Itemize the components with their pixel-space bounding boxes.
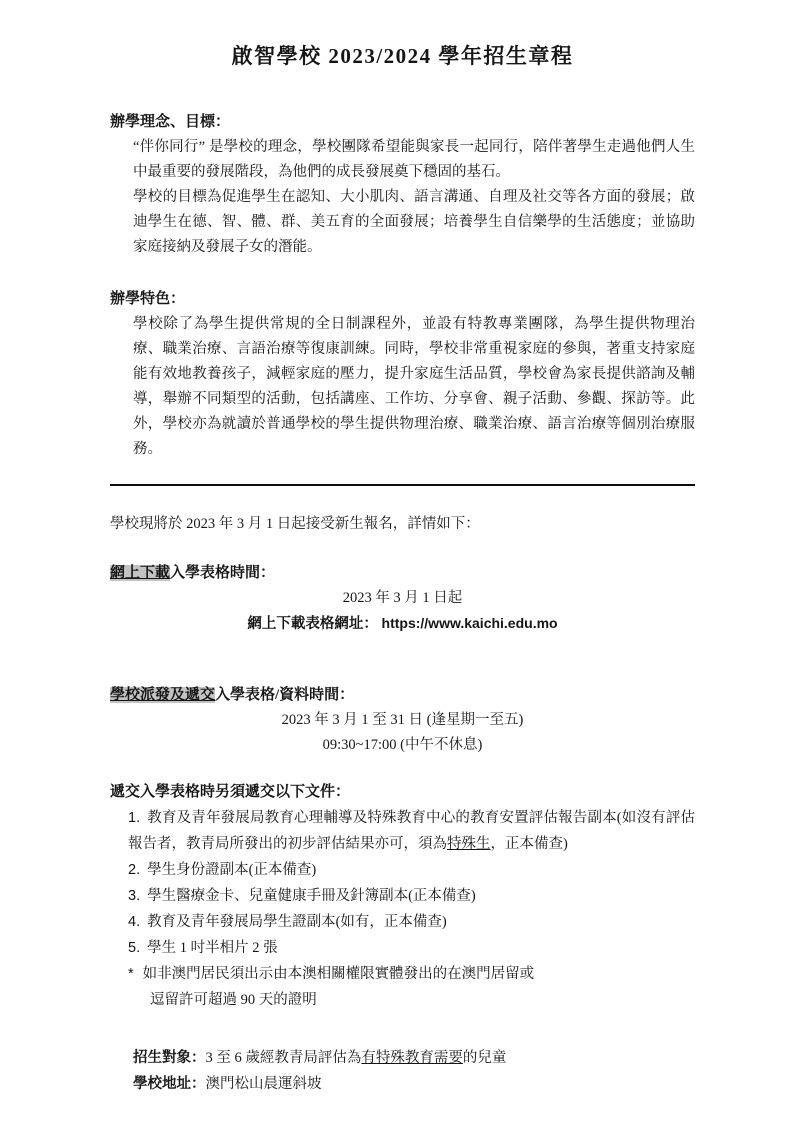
section-heading-documents: 遞交入學表格時另須遞交以下文件： bbox=[110, 780, 695, 805]
note-line-1: *如非澳門居民須出示由本澳相關權限實體發出的在澳門居留或 bbox=[128, 961, 695, 987]
list-item-text: 教育及青年發展局學生證副本(如有，正本備查) bbox=[147, 914, 447, 930]
submission-date-range: 2023 年 3 月 1 至 31 日 (逢星期一至五) bbox=[110, 708, 695, 733]
philosophy-paragraph-1: “伴你同行” 是學校的理念，學校團隊希望能與家長一起同行，陪伴著學生走過他們人生… bbox=[133, 135, 695, 185]
list-item-number: 1. bbox=[128, 810, 140, 826]
list-item: 3.學生醫療金卡、兒童健康手冊及針簿副本(正本備查) bbox=[128, 883, 695, 909]
download-heading-highlight: 網上下載 bbox=[110, 565, 170, 581]
section-heading-features: 辦學特色： bbox=[110, 287, 695, 312]
list-item-underlined-text: 特殊生 bbox=[447, 836, 491, 852]
list-item: 4.教育及青年發展局學生證副本(如有，正本備查) bbox=[128, 909, 695, 935]
submission-time-range: 09:30~17:00 (中午不休息) bbox=[110, 733, 695, 758]
divider-line bbox=[110, 484, 695, 486]
list-item: 2.學生身份證副本(正本備查) bbox=[128, 857, 695, 883]
admission-target-post: 的兒童 bbox=[463, 1050, 507, 1066]
non-resident-note: *如非澳門居民須出示由本澳相關權限實體發出的在澳門居留或 逗留許可超過 90 天… bbox=[128, 961, 695, 1013]
school-address-label: 學校地址： bbox=[133, 1076, 206, 1092]
note-text: 如非澳門居民須出示由本澳相關權限實體發出的在澳門居留或 bbox=[143, 966, 535, 982]
list-item-text: 學生醫療金卡、兒童健康手冊及針簿副本(正本備查) bbox=[147, 888, 476, 904]
section-heading-submission: 學校派發及遞交入學表格/資料時間： bbox=[110, 683, 695, 708]
enrollment-intro: 學校現將於 2023 年 3 月 1 日起接受新生報名，詳情如下： bbox=[110, 512, 695, 537]
admission-target-label: 招生對象： bbox=[133, 1050, 206, 1066]
required-documents-list: 1.教育及青年發展局教育心理輔導及特殊教育中心的教育安置評估報告副本(如沒有評估… bbox=[128, 805, 695, 961]
download-start-date: 2023 年 3 月 1 日起 bbox=[110, 586, 695, 611]
download-url-line: 網上下載表格網址： https://www.kaichi.edu.mo bbox=[110, 611, 695, 637]
features-paragraph: 學校除了為學生提供常規的全日制課程外，並設有特教專業團隊，為學生提供物理治療、職… bbox=[133, 312, 695, 462]
list-item: 1.教育及青年發展局教育心理輔導及特殊教育中心的教育安置評估報告副本(如沒有評估… bbox=[128, 805, 695, 857]
list-item-number: 2. bbox=[128, 862, 140, 878]
admission-target-pre: 3 至 6 歲經教青局評估為 bbox=[206, 1050, 362, 1066]
asterisk-marker: * bbox=[128, 966, 134, 982]
footer-info: 招生對象：3 至 6 歲經教青局評估為有特殊教育需要的兒童 學校地址：澳門松山晨… bbox=[133, 1045, 695, 1097]
submission-heading-highlight: 學校派發及遞交 bbox=[110, 687, 215, 703]
list-item-text: 學生身份證副本(正本備查) bbox=[147, 862, 316, 878]
note-line-2: 逗留許可超過 90 天的證明 bbox=[150, 987, 695, 1013]
admission-target-underlined: 有特殊教育需要 bbox=[361, 1050, 463, 1066]
list-item: 5.學生 1 吋半相片 2 張 bbox=[128, 935, 695, 961]
list-item-number: 3. bbox=[128, 888, 140, 904]
list-item-text: 教育及青年發展局教育心理輔導及特殊教育中心的教育安置評估報告副本(如沒有評估報告… bbox=[128, 810, 695, 852]
website-url: https://www.kaichi.edu.mo bbox=[382, 615, 558, 631]
page-title: 啟智學校 2023/2024 學年招生章程 bbox=[110, 42, 695, 70]
download-heading-rest: 入學表格時間： bbox=[170, 565, 275, 581]
list-item-number: 5. bbox=[128, 940, 140, 956]
section-heading-download: 網上下載入學表格時間： bbox=[110, 561, 695, 586]
list-item-text: 學生 1 吋半相片 2 張 bbox=[147, 940, 278, 956]
download-url-label: 網上下載表格網址： bbox=[247, 616, 378, 632]
philosophy-paragraph-2: 學校的目標為促進學生在認知、大小肌肉、語言溝通、自理及社交等各方面的發展；啟迪學… bbox=[133, 185, 695, 260]
list-item-number: 4. bbox=[128, 914, 140, 930]
admission-target-line: 招生對象：3 至 6 歲經教青局評估為有特殊教育需要的兒童 bbox=[133, 1045, 695, 1071]
school-address-value: 澳門松山晨運斜坡 bbox=[206, 1076, 322, 1092]
submission-heading-rest: 入學表格/資料時間： bbox=[215, 687, 354, 703]
section-heading-philosophy: 辦學理念、目標： bbox=[110, 110, 695, 135]
document-page: 啟智學校 2023/2024 學年招生章程 辦學理念、目標： “伴你同行” 是學… bbox=[0, 0, 800, 1131]
list-item-text: ，正本備查) bbox=[491, 836, 568, 852]
school-address-line: 學校地址：澳門松山晨運斜坡 bbox=[133, 1071, 695, 1097]
